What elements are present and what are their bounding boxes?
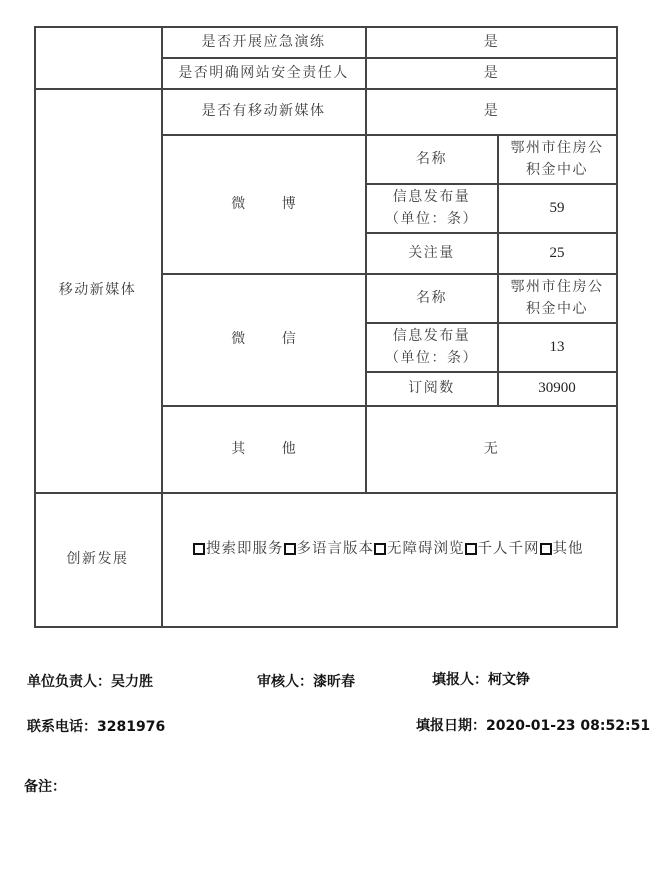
option-label: 搜索即服务 [206,538,284,560]
emergency-drill-label: 是否开展应急演练 [161,26,366,57]
security-owner-value: 是 [366,57,617,88]
option-multilingual[interactable]: 多语言版本 [284,538,375,560]
option-label: 无障碍浏览 [387,538,465,560]
option-label: 其他 [553,538,584,560]
wechat-name-label: 名称 [366,273,497,322]
option-search-as-service[interactable]: 搜索即服务 [193,538,284,560]
checkbox-icon[interactable] [540,543,552,555]
checkbox-icon[interactable] [465,543,477,555]
filler: 填报人：柯文铮 [432,669,530,689]
weibo-posts-label: 信息发布量 （单位：条） [366,183,497,232]
weibo-name-value: 鄂州市住房公 积金中心 [497,134,617,183]
other-media-value: 无 [366,405,617,492]
weibo-name-line2: 积金中心 [526,159,588,181]
has-mobile-media-value: 是 [366,88,617,134]
weibo-followers-label: 关注量 [366,232,497,273]
weibo-name-label: 名称 [366,134,497,183]
innovation-options: 搜索即服务 多语言版本 无障碍浏览 千人千网 其他 [193,538,584,560]
remarks: 备注： [24,776,66,796]
weibo-posts-label-line1: 信息发布量 [393,186,471,208]
wechat-posts-value: 13 [497,322,617,371]
option-label: 千人千网 [478,538,540,560]
wechat-name-value: 鄂州市住房公 积金中心 [497,273,617,322]
checkbox-icon[interactable] [193,543,205,555]
option-other[interactable]: 其他 [540,538,584,560]
mobile-media-section-label: 移动新媒体 [34,88,161,492]
other-media-label: 其 他 [161,405,366,492]
wechat-subscribers-label: 订阅数 [366,371,497,405]
wechat-name-line1: 鄂州市住房公 [511,276,604,298]
option-label: 多语言版本 [297,538,375,560]
emergency-drill-value: 是 [366,26,617,57]
weibo-label: 微 博 [161,134,366,273]
checkbox-icon[interactable] [374,543,386,555]
weibo-name-line1: 鄂州市住房公 [511,137,604,159]
wechat-posts-label-line2: （单位：条） [385,347,478,369]
fill-date: 填报日期：2020-01-23 08:52:51 [416,715,650,735]
option-personalized[interactable]: 千人千网 [465,538,540,560]
option-accessibility[interactable]: 无障碍浏览 [374,538,465,560]
wechat-posts-label-line1: 信息发布量 [393,325,471,347]
wechat-subscribers-value: 30900 [497,371,617,405]
security-owner-label: 是否明确网站安全责任人 [161,57,366,88]
weibo-followers-value: 25 [497,232,617,273]
reviewer: 审核人：漆昕春 [257,671,355,691]
wechat-label: 微 信 [161,273,366,405]
checkbox-icon[interactable] [284,543,296,555]
wechat-name-line2: 积金中心 [526,298,588,320]
unit-head: 单位负责人：吴力胜 [27,671,153,691]
contact-phone: 联系电话：3281976 [27,716,165,736]
weibo-posts-label-line2: （单位：条） [385,208,478,230]
innovation-section-label: 创新发展 [34,492,161,626]
weibo-posts-value: 59 [497,183,617,232]
wechat-posts-label: 信息发布量 （单位：条） [366,322,497,371]
table-border-bottom [34,626,618,628]
has-mobile-media-label: 是否有移动新媒体 [161,88,366,134]
